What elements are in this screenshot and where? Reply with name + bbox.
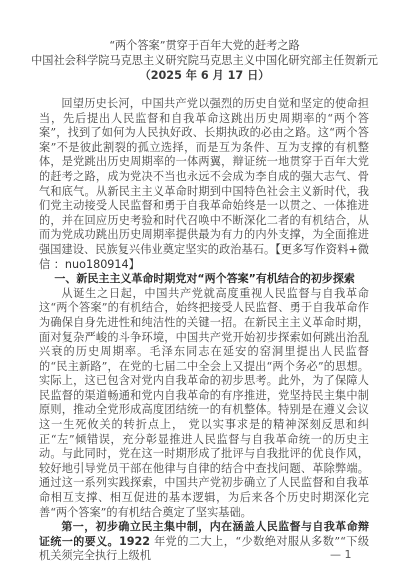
point-1-paragraph: 第一，初步确立民主集中制，内在涵盖人民监督与自我革命辩证统一的要义。1922 年… bbox=[39, 520, 369, 564]
section-heading-1: 一、新民主主义革命时期党对“两个答案”有机结合的初步探索 bbox=[39, 272, 369, 287]
page-number: — 1 bbox=[330, 548, 352, 561]
intro-paragraph: 回望历史长河，中国共产党以强烈的历史自觉和坚定的使命担当，先后提出人民监督和自我… bbox=[39, 97, 369, 272]
section-1-paragraph: 从诞生之日起，中国共产党就高度重视人民监督与自我革命这“两个答案”的有机结合，始… bbox=[39, 287, 369, 521]
document-date: （2025 年 6 月 17 日） bbox=[0, 68, 409, 83]
document-page: “两个答案”贯穿于百年大党的赶考之路 中国社会科学院马克思主义研究院马克思主义中… bbox=[0, 0, 409, 580]
intro-text: 回望历史长河，中国共产党以强烈的历史自觉和坚定的使命担当，先后提出人民监督和自我… bbox=[39, 97, 369, 256]
point-1-year: 1922 bbox=[119, 535, 150, 548]
document-title: “两个答案”贯穿于百年大党的赶考之路 bbox=[0, 39, 409, 54]
document-body: 回望历史长河，中国共产党以强烈的历史自觉和坚定的使命担当，先后提出人民监督和自我… bbox=[39, 97, 369, 564]
document-author: 中国社会科学院马克思主义研究院马克思主义中国化研究部主任贺新元 bbox=[0, 54, 409, 69]
document-header: “两个答案”贯穿于百年大党的赶考之路 中国社会科学院马克思主义研究院马克思主义中… bbox=[0, 39, 409, 83]
